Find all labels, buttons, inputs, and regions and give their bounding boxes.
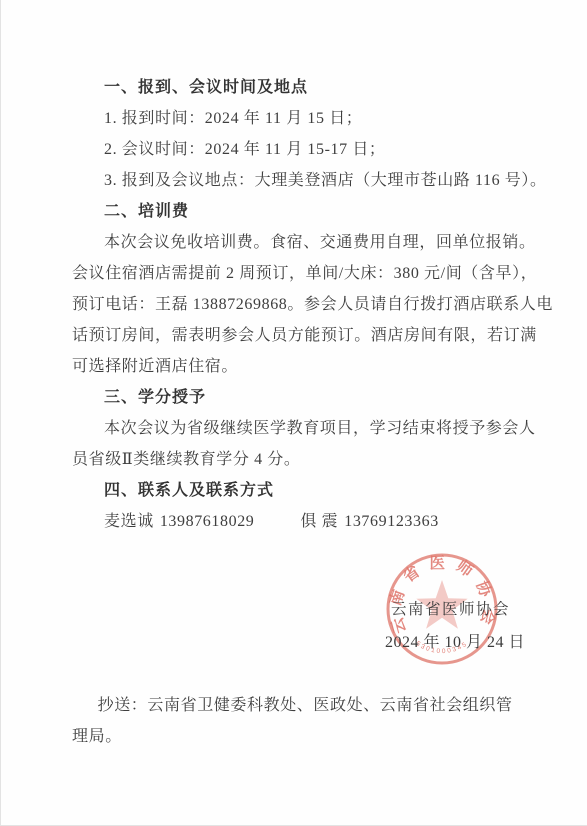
contact1-name: 麦选诚 — [104, 513, 154, 530]
section4-heading: 四、联系人及联系方式 — [72, 475, 537, 506]
contact2-name: 俱 震 — [300, 513, 338, 530]
signature-organization: 云南省医师协会 — [391, 600, 510, 620]
section2-text-line: 预订电话：王磊 13887269868。参会人员请自行拨打酒店联系人电 — [72, 289, 537, 320]
section2-text-line: 本次会议免收培训费。食宿、交通费用自理，回单位报销。 — [72, 227, 537, 258]
section1-heading: 一、报到、会议时间及地点 — [72, 72, 537, 103]
cc-line: 抄送：云南省卫健委科教处、医政处、云南省社会组织管 — [72, 690, 537, 721]
contact-line: 麦选诚13987618029俱 震13769123363 — [72, 506, 537, 537]
cc-block: 抄送：云南省卫健委科教处、医政处、云南省社会组织管 理局。 — [72, 690, 537, 752]
section1-item: 1. 报到时间：2024 年 11 月 15 日； — [72, 103, 537, 134]
cc-line: 理局。 — [72, 721, 537, 752]
section2-text-line: 可选择附近酒店住宿。 — [72, 351, 537, 382]
signature-date: 2024 年 10 月 24 日 — [385, 633, 525, 653]
document-body: 一、报到、会议时间及地点 1. 报到时间：2024 年 11 月 15 日； 2… — [0, 0, 587, 537]
section3-text-line: 员省级Ⅱ类继续教育学分 4 分。 — [72, 444, 537, 475]
section1-item: 3. 报到及会议地点：大理美登酒店（大理市苍山路 116 号）。 — [72, 165, 537, 196]
section1-item: 2. 会议时间：2024 年 11 月 15-17 日； — [72, 134, 537, 165]
section2-heading: 二、培训费 — [72, 196, 537, 227]
scanned-document-page: 一、报到、会议时间及地点 1. 报到时间：2024 年 11 月 15 日； 2… — [0, 0, 587, 826]
section3-heading: 三、学分授予 — [72, 382, 537, 413]
section2-text-line: 话预订房间，需表明参会人员方能预订。酒店房间有限，若订满 — [72, 320, 537, 351]
section2-text-line: 会议住宿酒店需提前 2 周预订，单间/大床：380 元/间（含早）， — [72, 258, 537, 289]
section3-text-line: 本次会议为省级继续医学教育项目，学习结束将授予参会人 — [72, 413, 537, 444]
contact1-phone: 13987618029 — [160, 513, 255, 530]
contact2-phone: 13769123363 — [344, 513, 439, 530]
